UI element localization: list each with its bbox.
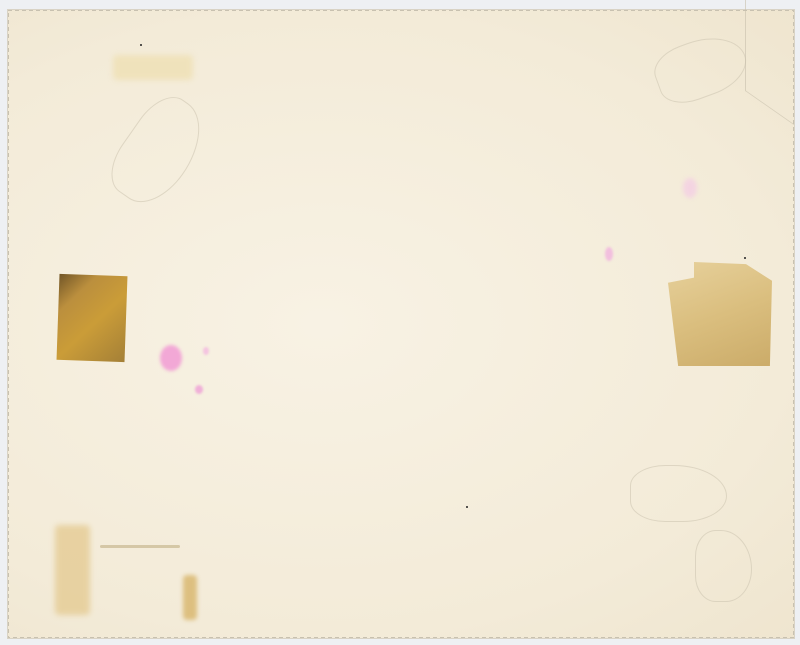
speck	[140, 44, 142, 46]
pink-stain	[195, 385, 203, 394]
pink-stain	[203, 347, 209, 355]
pink-stain	[160, 345, 182, 371]
speck	[466, 506, 468, 508]
glue-line	[100, 545, 180, 548]
pink-stain	[683, 178, 697, 198]
glue-stain-bottom	[183, 575, 197, 620]
pink-stain	[605, 247, 613, 261]
speck	[744, 257, 746, 259]
glue-stain-top	[113, 55, 193, 80]
glue-stain-bottom-left	[55, 525, 90, 615]
tape-residue-left	[57, 274, 128, 362]
